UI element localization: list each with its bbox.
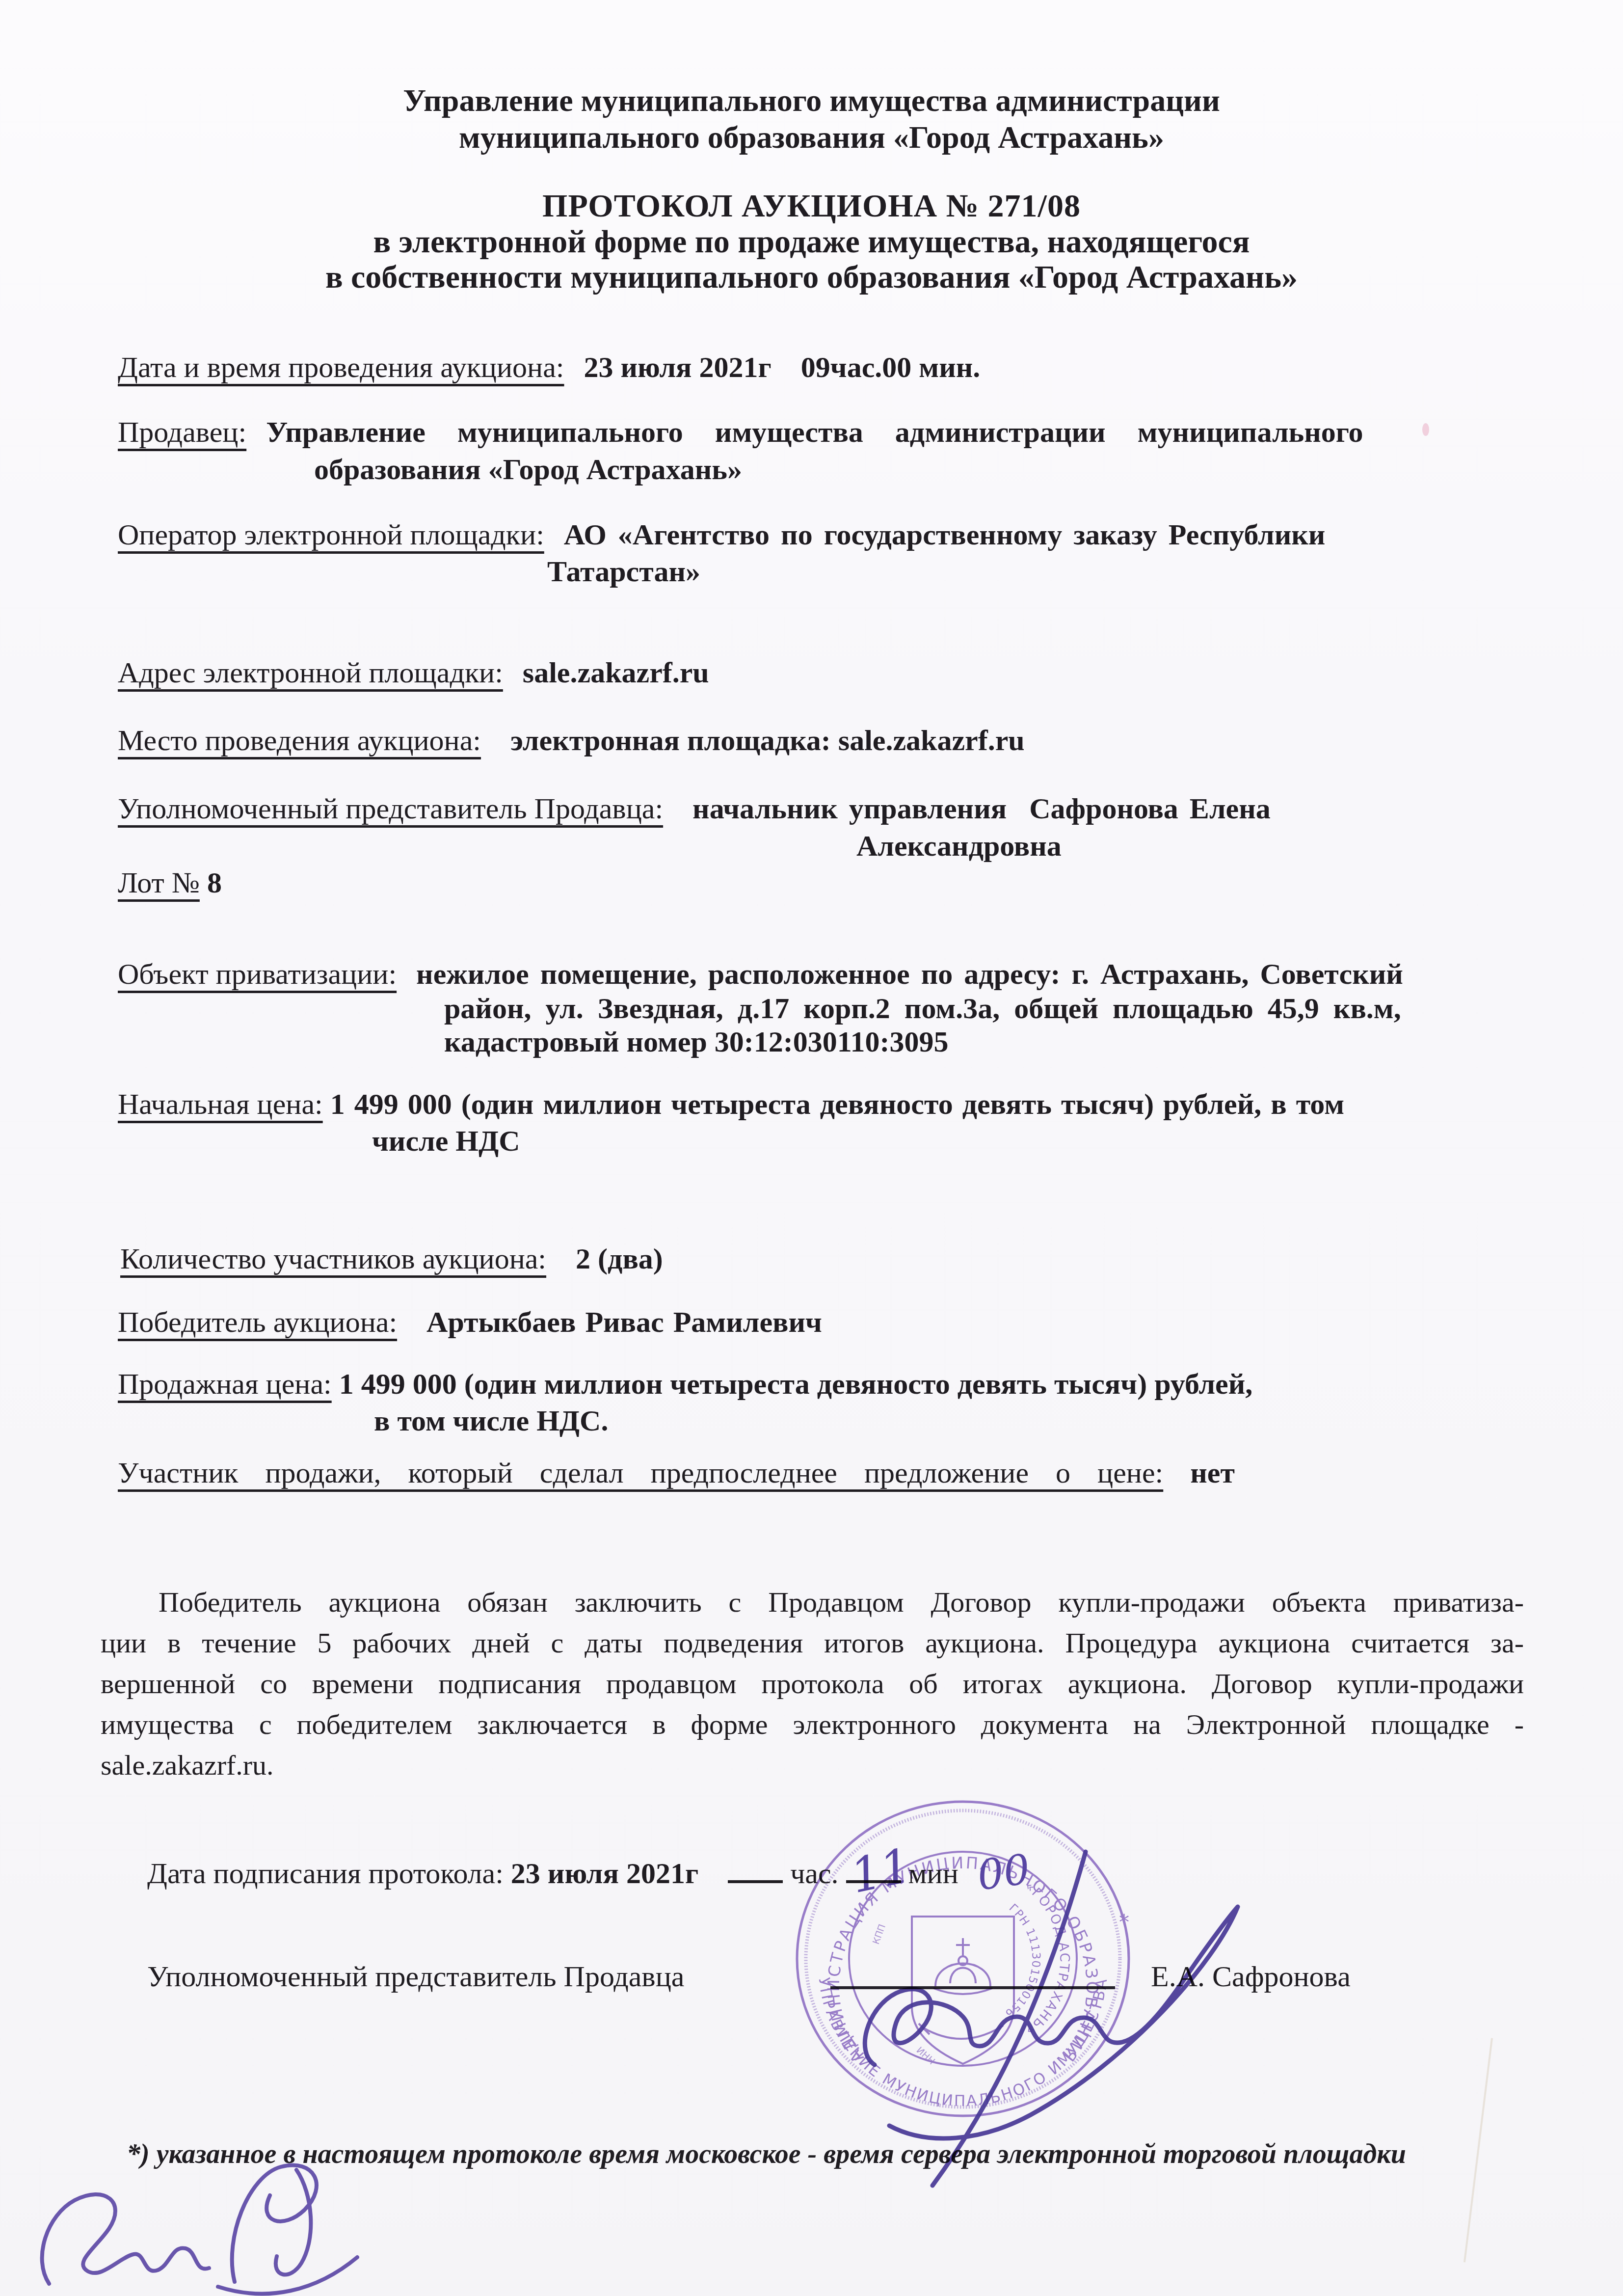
field-representative-value-line2: Александровна [856, 829, 1062, 863]
org-name-line2: муниципального образования «Город Астрах… [0, 119, 1623, 156]
obligation-paragraph: Победитель аукциона обязан заключить с П… [101, 1582, 1524, 1785]
signature-row-name: Е.А. Сафронова [1151, 1960, 1351, 1994]
signature-row-label: Уполномоченный представитель Продавца [147, 1960, 684, 1994]
field-lot-label: Лот № [118, 866, 200, 899]
field-representative-label: Уполномоченный представитель Продавца: [118, 792, 663, 825]
signing-date-value: 23 июля 2021г [511, 1857, 698, 1890]
field-start-price: Начальная цена: 1 499 000 (один миллион … [118, 1087, 1344, 1121]
hour-unit-label: час. [790, 1857, 838, 1890]
ink-overlay: АДМИНИСТРАЦИЯ МУНИЦИПАЛЬНОГО ОБРАЗОВАНИЯ… [0, 0, 1623, 2296]
field-datetime-label: Дата и время проведения аукциона: [118, 351, 564, 383]
field-object: Объект приватизации:нежилое помещение, р… [118, 957, 1403, 991]
stamp-lower-ring-text: УПРАВЛЕНИЕ МУНИЦИПАЛЬНОГО ИМУЩЕСТВА [815, 1976, 1111, 2110]
field-venue-label: Место проведения аукциона: [118, 724, 481, 756]
field-seller-value-line1: Управление муниципального имущества адми… [266, 416, 1363, 448]
field-datetime-value: 23 июля 2021г 09час.00 мин. [584, 351, 981, 383]
field-venue-value: электронная площадка: sale.zakazrf.ru [510, 724, 1025, 756]
bottom-left-signatures [42, 2165, 357, 2294]
field-penultimate-label: Участник продажи, который сделал предпос… [118, 1457, 1163, 1489]
field-seller-value-line2: образования «Город Астрахань» [314, 453, 742, 486]
paragraph-line2: ции в течение 5 рабочих дней с даты подв… [101, 1622, 1524, 1663]
field-seller: Продавец:Управление муниципального имуще… [118, 415, 1363, 449]
paragraph-line3: вершенной со времени подписания продавцо… [101, 1663, 1524, 1704]
stamp-star: * [1119, 1910, 1129, 1934]
field-winner-label: Победитель аукциона: [118, 1306, 397, 1338]
field-datetime: Дата и время проведения аукциона:23 июля… [118, 351, 980, 384]
field-start-price-label: Начальная цена: [118, 1088, 323, 1120]
paragraph-line4: имущества с победителем заключается в фо… [101, 1704, 1524, 1745]
field-operator-value-line2: Татарстан» [547, 555, 700, 589]
field-penultimate-value: нет [1190, 1457, 1235, 1489]
field-lot: Лот № 8 [118, 866, 222, 900]
signing-date-line: Дата подписания протокола: 23 июля 2021г… [147, 1857, 958, 1891]
minute-unit-label: мин [908, 1857, 958, 1890]
field-start-price-value-line1: 1 499 000 (один миллион четыреста девяно… [330, 1088, 1344, 1120]
field-operator-label: Оператор электронной площадки: [118, 518, 544, 551]
field-representative-value-line1: начальник управления Сафронова Елена [692, 792, 1271, 825]
field-object-value-line2: район, ул. Звездная, д.17 корп.2 пом.3а,… [444, 992, 1401, 1026]
field-sale-price-label: Продажная цена: [118, 1368, 332, 1400]
field-participants-value: 2 (два) [576, 1243, 663, 1275]
field-object-value-line1: нежилое помещение, расположенное по адре… [416, 958, 1403, 990]
field-address-label: Адрес электронной площадки: [118, 656, 503, 689]
scan-pink-mark-artifact [1422, 423, 1429, 436]
field-venue: Место проведения аукциона:электронная пл… [118, 724, 1025, 757]
stamp-kpp-text: КПП [871, 1923, 888, 1946]
field-seller-label: Продавец: [118, 416, 246, 448]
field-sale-price: Продажная цена: 1 499 000 (один миллион … [118, 1367, 1252, 1401]
field-start-price-value-line2: числе НДС [372, 1124, 520, 1158]
field-representative: Уполномоченный представитель Продавца:на… [118, 792, 1271, 826]
field-object-label: Объект приватизации: [118, 958, 397, 990]
signature-safronova-ink [865, 1852, 1238, 2186]
stamp-outer-ring [797, 1802, 1129, 2116]
field-operator: Оператор электронной площадки:АО «Агентс… [118, 518, 1325, 552]
field-address-value: sale.zakazrf.ru [523, 656, 709, 689]
stamp-coat-of-arms [912, 1917, 1014, 2064]
field-address: Адрес электронной площадки:sale.zakazrf.… [118, 656, 709, 690]
handwritten-minute: 00 [974, 1845, 1033, 1900]
paragraph-line5: sale.zakazrf.ru. [101, 1745, 1524, 1785]
footnote-text: *) указанное в настоящем протоколе время… [127, 2138, 1406, 2170]
field-participants-label: Количество участников аукциона: [120, 1243, 546, 1275]
field-winner: Победитель аукциона:Артыкбаев Ривас Рами… [118, 1305, 822, 1339]
minute-blank-line [846, 1875, 901, 1883]
paragraph-line1: Победитель аукциона обязан заключить с П… [101, 1582, 1524, 1622]
stamp-city-text: «ГОРОД АСТРАХАНЬ» [1022, 1879, 1072, 2039]
hour-blank-line [728, 1875, 783, 1883]
field-operator-value-line1: АО «Агентство по государственному заказу… [564, 518, 1326, 551]
org-name-line1: Управление муниципального имущества адми… [0, 82, 1623, 119]
protocol-title: ПРОТОКОЛ АУКЦИОНА № 271/08 [0, 188, 1623, 225]
field-winner-value: Артыкбаев Ривас Рамилевич [426, 1306, 822, 1338]
stamp-microtext-ring [806, 1810, 1120, 2107]
scan-crease-artifact [1463, 2038, 1493, 2262]
field-penultimate: Участник продажи, который сделал предпос… [118, 1456, 1235, 1490]
protocol-subtitle-line2: в собственности муниципального образован… [0, 259, 1623, 296]
field-sale-price-value-line2: в том числе НДС. [374, 1404, 608, 1438]
field-sale-price-value-line1: 1 499 000 (один миллион четыреста девяно… [339, 1368, 1253, 1400]
field-lot-value: 8 [207, 866, 222, 899]
field-participants: Количество участников аукциона:2 (два) [120, 1242, 663, 1276]
signature-line [830, 1986, 1115, 1989]
stamp-inn-text: ИНН [914, 2045, 937, 2067]
document-page: Управление муниципального имущества адми… [0, 0, 1623, 2296]
protocol-subtitle-line1: в электронной форме по продаже имущества… [0, 223, 1623, 261]
field-object-value-line3: кадастровый номер 30:12:030110:3095 [444, 1025, 948, 1059]
signing-label: Дата подписания протокола: [147, 1857, 504, 1890]
